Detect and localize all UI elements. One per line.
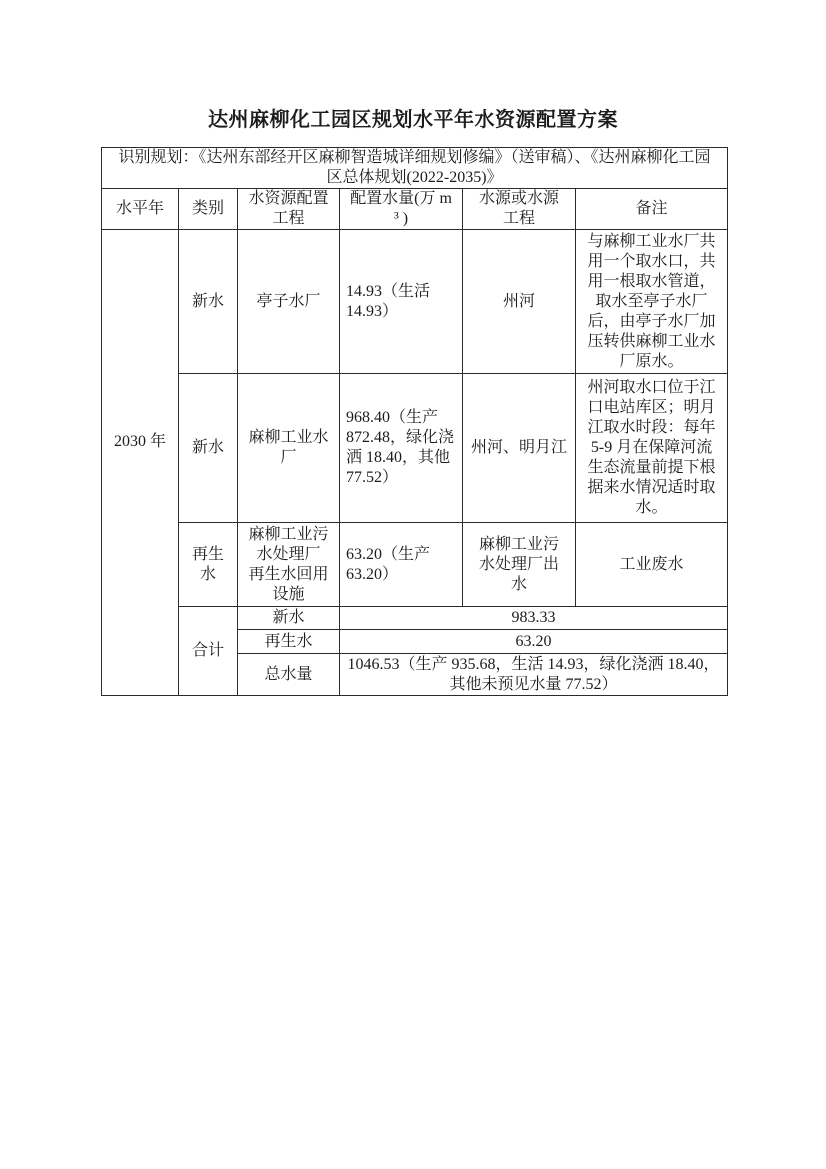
cell-remark: 与麻柳工业水厂共 用一个取水口，共 用一根取水管道， 取水至亭子水厂 后，由亭子…	[576, 230, 728, 374]
table-row: 识别规划：《达州东部经开区麻柳智造城详细规划修编》（送审稿）、《达州麻柳化工园 …	[102, 148, 728, 189]
table-header-row: 水平年 类别 水资源配置 工程 配置水量(万 m ³ ) 水源或水源 工程 备注	[102, 189, 728, 230]
water-allocation-table: 识别规划：《达州东部经开区麻柳智造城详细规划修编》（送审稿）、《达州麻柳化工园 …	[101, 147, 728, 696]
cell-category: 新水	[179, 230, 238, 374]
cell-planning-year: 2030 年	[102, 230, 179, 696]
document-page: 达州麻柳化工园区规划水平年水资源配置方案 识别规划：《达州东部经开区麻柳智造城详…	[0, 0, 826, 1169]
cell-project: 亭子水厂	[238, 230, 340, 374]
header-cell-remark: 备注	[576, 189, 728, 230]
cell-volume: 968.40（生产 872.48，绿化浇 洒 18.40，其他 77.52）	[340, 374, 463, 523]
header-cell-year: 水平年	[102, 189, 179, 230]
cell-category: 新水	[179, 374, 238, 523]
page-title: 达州麻柳化工园区规划水平年水资源配置方案	[0, 103, 826, 132]
cell-summary-category: 总水量	[238, 654, 340, 696]
cell-source: 州河	[463, 230, 576, 374]
cell-volume: 14.93（生活 14.93）	[340, 230, 463, 374]
header-cell-volume: 配置水量(万 m ³ )	[340, 189, 463, 230]
table-row: 2030 年 新水 亭子水厂 14.93（生活 14.93） 州河 与麻柳工业水…	[102, 230, 728, 374]
cell-summary-category: 再生水	[238, 630, 340, 654]
cell-summary-value: 1046.53（生产 935.68，生活 14.93，绿化浇洒 18.40， 其…	[340, 654, 728, 696]
cell-summary-value: 983.33	[340, 607, 728, 630]
cell-total-label: 合计	[179, 607, 238, 696]
cell-source: 州河、明月江	[463, 374, 576, 523]
header-cell-project: 水资源配置 工程	[238, 189, 340, 230]
cell-volume: 63.20（生产 63.20）	[340, 523, 463, 607]
cell-project: 麻柳工业水 厂	[238, 374, 340, 523]
cell-summary-category: 新水	[238, 607, 340, 630]
table-row-summary: 合计 新水 983.33	[102, 607, 728, 630]
cell-category: 再生 水	[179, 523, 238, 607]
header-cell-source: 水源或水源 工程	[463, 189, 576, 230]
table-caption-identified-plans: 识别规划：《达州东部经开区麻柳智造城详细规划修编》（送审稿）、《达州麻柳化工园 …	[102, 148, 728, 189]
cell-remark: 州河取水口位于江 口电站库区；明月 江取水时段：每年 5-9 月在保障河流 生态…	[576, 374, 728, 523]
header-cell-category: 类别	[179, 189, 238, 230]
cell-summary-value: 63.20	[340, 630, 728, 654]
cell-project: 麻柳工业污 水处理厂 再生水回用 设施	[238, 523, 340, 607]
table-row: 再生 水 麻柳工业污 水处理厂 再生水回用 设施 63.20（生产 63.20）…	[102, 523, 728, 607]
cell-remark: 工业废水	[576, 523, 728, 607]
cell-source: 麻柳工业污 水处理厂出 水	[463, 523, 576, 607]
table-row: 新水 麻柳工业水 厂 968.40（生产 872.48，绿化浇 洒 18.40，…	[102, 374, 728, 523]
